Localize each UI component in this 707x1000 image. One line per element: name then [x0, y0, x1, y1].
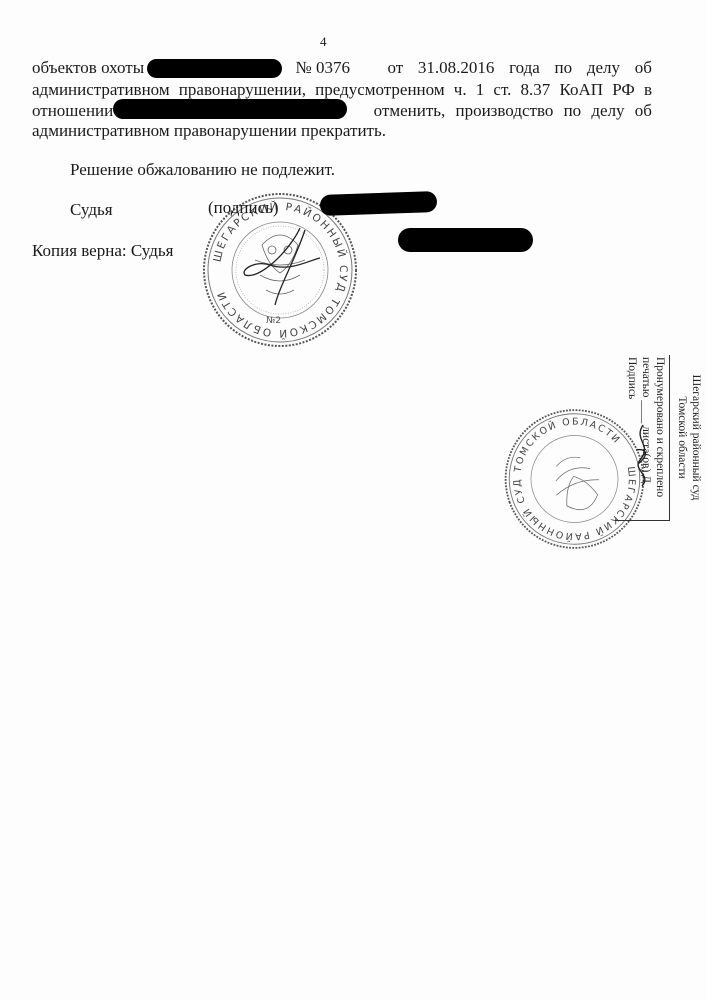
redaction-block [398, 228, 533, 252]
body-line-1: объектов охоты № 0376 от 31.08.2016 года… [32, 58, 652, 78]
text-segment: объектов охоты [32, 58, 144, 78]
word: делу [587, 58, 620, 78]
svg-text:№2: №2 [266, 316, 281, 326]
word: ч. [454, 80, 467, 100]
redaction-block [147, 59, 282, 78]
word: об [635, 101, 652, 121]
judge-label: Судья [70, 200, 113, 220]
stamp-signature-icon [628, 420, 658, 490]
redaction-block [113, 99, 347, 119]
word: об [635, 58, 652, 78]
word: 1 [476, 80, 485, 100]
word: делу [591, 101, 624, 121]
body-line-4: административном правонарушении прекрати… [32, 121, 386, 141]
word: по [555, 58, 573, 78]
word: предусмотренном [315, 80, 444, 100]
stamp-sign-line: Подпись [625, 357, 639, 399]
document-page: 4 объектов охоты № 0376 от 31.08.2016 го… [0, 0, 707, 1000]
word: от [387, 58, 403, 78]
word: года [509, 58, 540, 78]
word: в [644, 80, 652, 100]
word: отменить, [374, 101, 446, 121]
word: правонарушении, [179, 80, 306, 100]
stamp-region: Томской области [675, 355, 689, 520]
text-segment: отношении [32, 101, 113, 121]
page-number: 4 [320, 34, 327, 50]
word: РФ [612, 80, 635, 100]
appeal-statement: Решение обжалованию не подлежит. [70, 160, 335, 180]
body-line-2: административном правонарушении, предусм… [32, 80, 652, 100]
stamp-divider [669, 355, 670, 520]
article-number: 8.37 [521, 80, 551, 100]
stamp-divider [615, 520, 670, 521]
signature-label: (подпись) [208, 198, 279, 218]
word: КоАП [559, 80, 603, 100]
redaction-block [320, 191, 438, 216]
word: ст. [493, 80, 511, 100]
case-number: № 0376 [296, 58, 350, 78]
copy-certified-label: Копия верна: Судья [32, 241, 173, 261]
word: производство [455, 101, 553, 121]
decision-date: 31.08.2016 [418, 58, 495, 78]
word: по [564, 101, 582, 121]
word: административном [32, 80, 170, 100]
stamp-court-name: Шегарский районный суд [689, 355, 703, 520]
